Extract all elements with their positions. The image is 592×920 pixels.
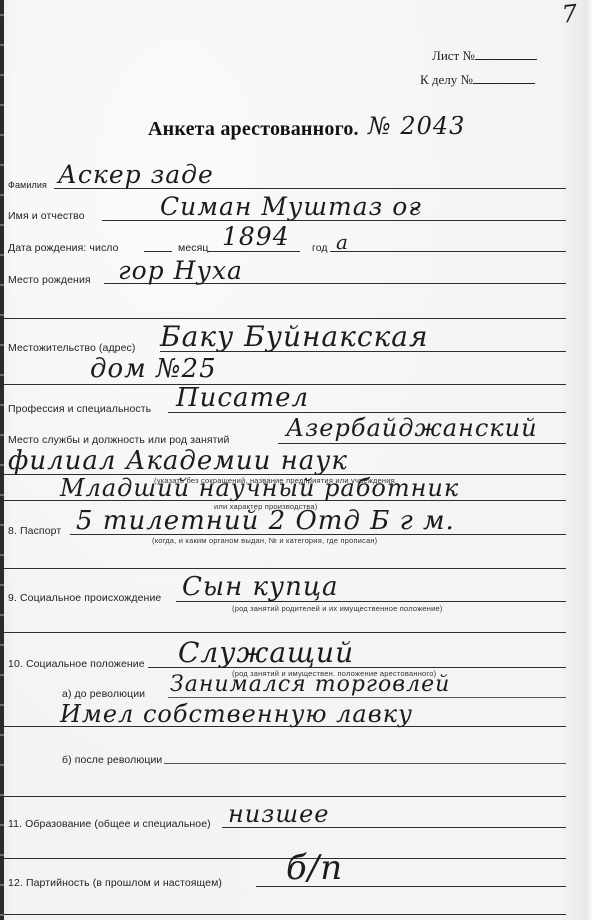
education-label-text: Образование (общее и специальное) (25, 818, 211, 830)
passport-label-text: Паспорт (20, 525, 61, 537)
profession-label: Профессия и специальность (8, 403, 151, 415)
surname-value: Аскер заде (58, 160, 214, 189)
workplace-value-line2: филиал Академии наук (8, 446, 348, 476)
social-origin-label: 9. Социальное происхождение (8, 592, 161, 604)
party-value: б/п (286, 848, 343, 888)
blank-line (4, 568, 566, 569)
after-revolution-line (164, 763, 566, 764)
birth-month-label: месяц (178, 242, 209, 254)
birth-day-label: Дата рождения: число (8, 242, 119, 254)
workplace-value-line1: Азербайджанский (286, 414, 538, 442)
birth-year-line (330, 251, 566, 252)
social-origin-number: 9. (8, 592, 17, 604)
workplace-label: Место службы и должность или род занятий (8, 434, 229, 446)
social-status-number: 10. (8, 658, 23, 670)
social-status-value: Служащий (178, 636, 354, 669)
social-status-label-text: Социальное положение (26, 658, 145, 670)
profession-value: Писател (176, 383, 309, 413)
blank-line (4, 796, 566, 797)
social-status-label: 10. Социальное положение (8, 658, 145, 670)
case-number-label: К делу № (420, 72, 473, 87)
before-revolution-value-2: Имел собственную лавку (60, 700, 413, 728)
name-label: Имя и отчество (8, 210, 85, 222)
residence-label: Местожительство (адрес) (8, 342, 136, 354)
after-revolution-label: б) после революции (62, 754, 162, 766)
sheet-number-label: Лист № (432, 48, 475, 63)
blank-line (4, 318, 566, 319)
education-number: 11. (8, 818, 22, 830)
blank-line (4, 858, 566, 859)
passport-hint: (когда, и каким органом выдан, № и катег… (152, 536, 377, 545)
passport-value: 5 тилетний 2 Отд Б г м. (76, 506, 455, 536)
party-label: 12. Партийность (в прошлом и настоящем) (8, 877, 222, 889)
birth-place-value: гор Нуха (118, 256, 243, 285)
workplace-line (278, 443, 566, 444)
social-origin-value: Сын купца (182, 572, 338, 602)
birth-year-label: год (312, 242, 328, 254)
birth-month-line (208, 251, 300, 252)
before-revolution-line (168, 697, 566, 698)
birth-month-value: 1894 (222, 222, 290, 251)
passport-label: 8. Паспорт (8, 525, 61, 537)
party-number: 12. (8, 877, 23, 889)
education-label: 11. Образование (общее и специальное) (8, 818, 211, 830)
name-value: Симан Муштаз оғ (160, 192, 422, 221)
passport-number: 8. (8, 525, 17, 537)
before-revolution-label: а) до революции (62, 688, 145, 700)
social-origin-label-text: Социальное происхождение (20, 592, 161, 604)
sheet-number-field: Лист № (432, 48, 537, 64)
birth-year-value: а (336, 230, 349, 254)
birth-place-label: Место рождения (8, 274, 91, 286)
page-corner-number: 7 (561, 0, 580, 29)
residence-value-line1: Баку Буйнакская (160, 320, 428, 353)
blank-line (4, 632, 566, 633)
case-number-field: К делу № (420, 72, 535, 88)
workplace-value-line3: Младший научный работник (60, 474, 459, 502)
blank-line (4, 914, 566, 915)
arrest-file-number: № 2043 (368, 112, 465, 140)
residence-value-line2: дом №25 (90, 354, 217, 384)
binding-edge (0, 0, 4, 920)
birth-day-line (144, 251, 172, 252)
surname-label: Фамилия (8, 180, 47, 190)
party-label-text: Партийность (в прошлом и настоящем) (26, 877, 222, 889)
education-value: низшее (228, 800, 330, 828)
before-revolution-value-1: Занимался торговлей (170, 672, 450, 697)
page-edge-shadow (578, 0, 592, 920)
social-origin-hint: (род занятий родителей и их имущественно… (232, 604, 443, 613)
page-title: Анкета арестованного. (148, 118, 359, 141)
